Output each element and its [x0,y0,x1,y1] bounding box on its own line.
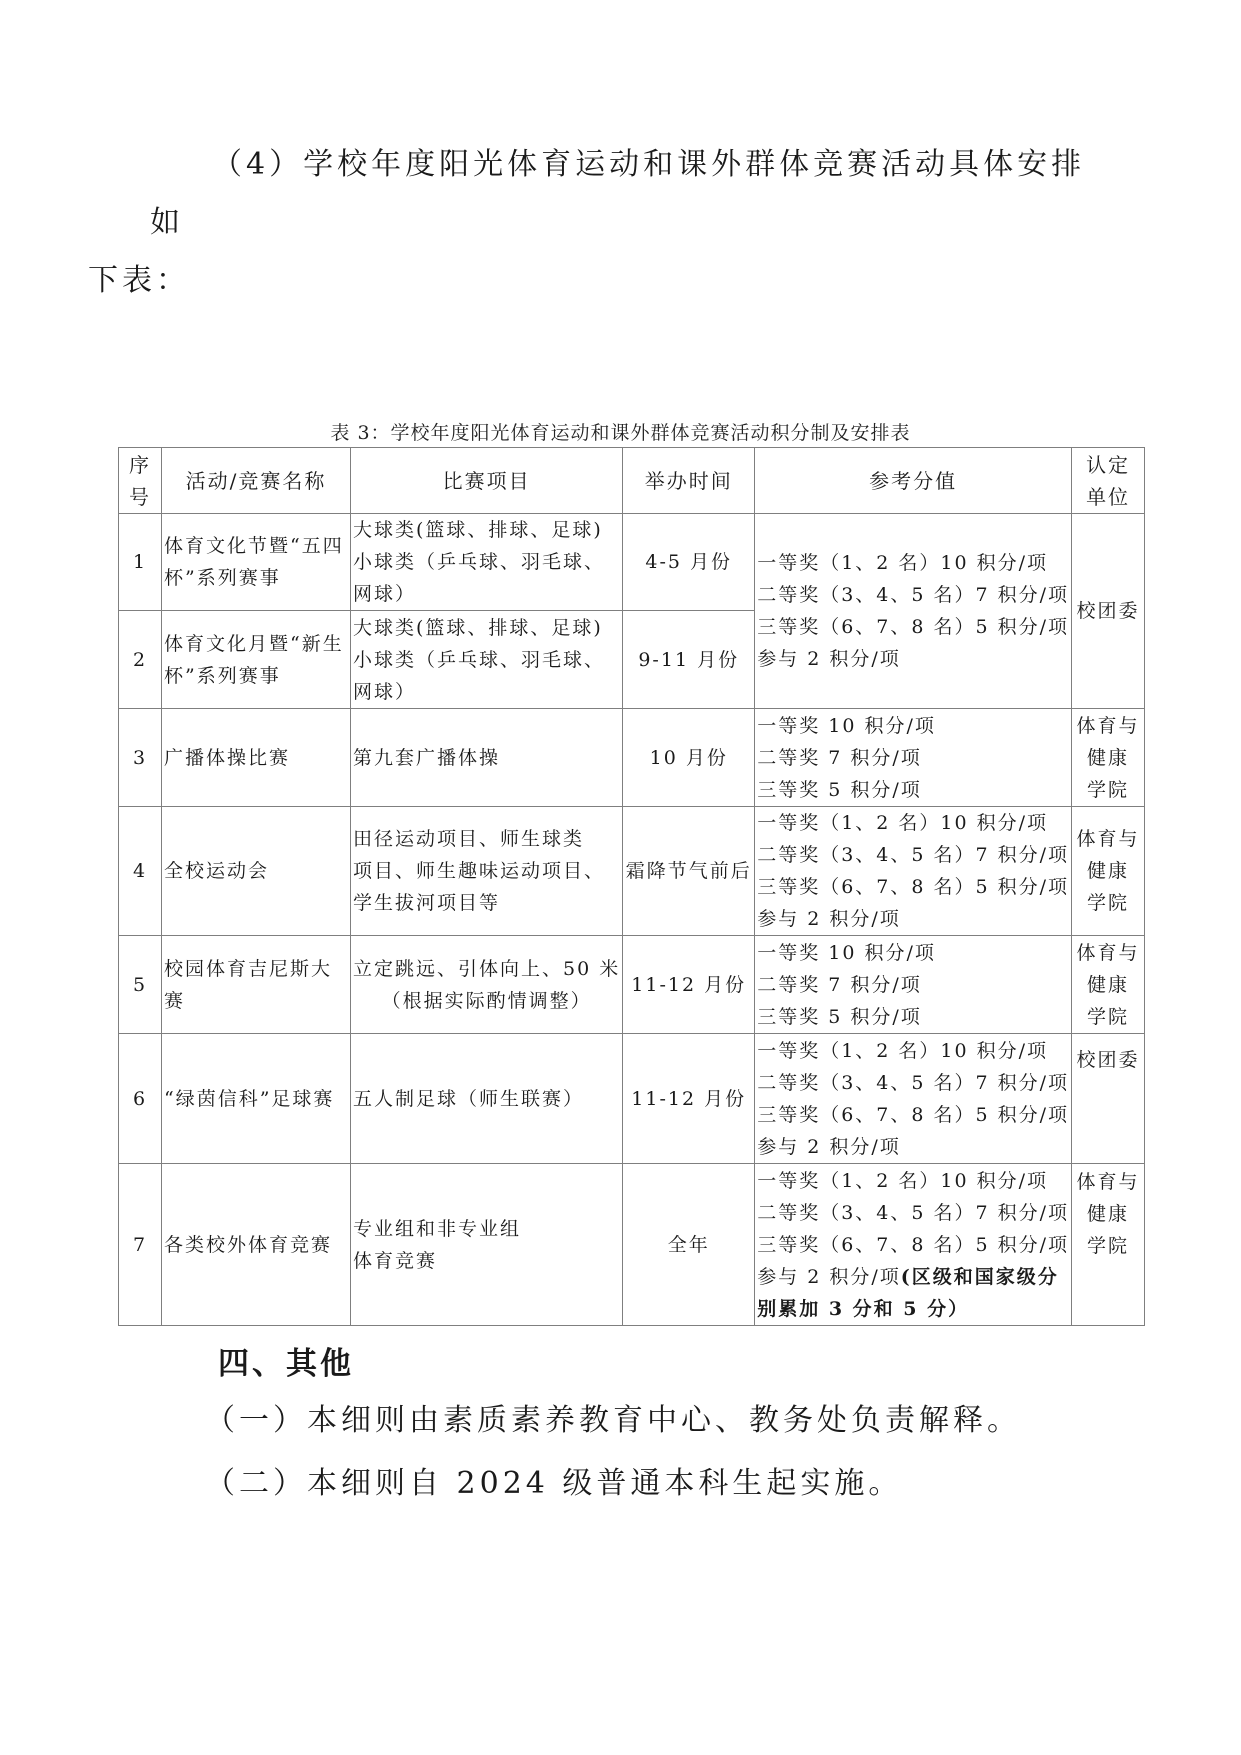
cell-score: 一等奖 10 积分/项 二等奖 7 积分/项 三等奖 5 积分/项 [755,709,1072,807]
cell-line: 二等奖（3、4、5 名）7 积分/项 [757,579,1069,611]
cell-line: 一等奖（1、2 名）10 积分/项 [757,807,1069,839]
cell-line: 杯”系列赛事 [164,660,348,692]
cell-time: 10 月份 [623,709,755,807]
cell-items: 立定跳远、引体向上、50 米 （根据实际酌情调整） [351,936,623,1034]
cell-unit: 体育与 健康 学院 [1072,936,1145,1034]
cell-name: 全校运动会 [162,807,351,936]
cell-line: 一等奖（1、2 名）10 积分/项 [757,1165,1069,1197]
schedule-table: 序 号 活动/竞赛名称 比赛项目 举办时间 参考分值 认定 单位 1 体育文化节… [118,447,1145,1326]
cell-line: 三等奖（6、7、8 名）5 积分/项 [757,871,1069,903]
cell-line: 田径运动项目、师生球类 [353,823,620,855]
cell-line: 参与 2 积分/项 [757,1131,1069,1163]
cell-line: 学院 [1074,1230,1142,1262]
cell-items: 田径运动项目、师生球类 项目、师生趣味运动项目、 学生拔河项目等 [351,807,623,936]
cell-line: 立定跳远、引体向上、50 米 [353,953,620,985]
intro-line-1: （4）学校年度阳光体育运动和课外群体竞赛活动具体安排如 [150,147,1085,240]
section-item: （二）本细则自 2024 级普通本科生起实施。 [205,1458,902,1502]
cell-items: 五人制足球（师生联赛） [351,1034,623,1164]
cell-time: 全年 [623,1164,755,1326]
cell-line: 学院 [1074,1001,1142,1033]
cell-line: 健康 [1074,742,1142,774]
cell-time: 4-5 月份 [623,514,755,611]
intro-line-2: 下表： [88,263,190,298]
cell-line: 三等奖 5 积分/项 [757,774,1069,806]
cell-line: 二等奖（3、4、5 名）7 积分/项 [757,839,1069,871]
cell-line: 健康 [1074,855,1142,887]
cell-line: 一等奖（1、2 名）10 积分/项 [757,1035,1069,1067]
header-num: 序 号 [119,448,162,514]
cell-num: 2 [119,611,162,709]
cell-line: 小球类（乒乓球、羽毛球、 [353,546,620,578]
header-unit-line: 单位 [1074,481,1142,513]
cell-unit: 体育与 健康 学院 [1072,1164,1145,1326]
header-num-line: 号 [121,481,159,513]
cell-line: 大球类(篮球、排球、足球) [353,612,620,644]
header-score: 参考分值 [755,448,1072,514]
cell-name: “绿茵信科”足球赛 [162,1034,351,1164]
header-items: 比赛项目 [351,448,623,514]
cell-num: 4 [119,807,162,936]
cell-num: 7 [119,1164,162,1326]
cell-num: 1 [119,514,162,611]
cell-line: 学院 [1074,774,1142,806]
cell-time: 霜降节气前后 [623,807,755,936]
cell-score: 一等奖（1、2 名）10 积分/项 二等奖（3、4、5 名）7 积分/项 三等奖… [755,1034,1072,1164]
cell-line: 体育与 [1074,1166,1142,1198]
score-text: 参与 2 积分/项 [757,1266,901,1288]
cell-line: 杯”系列赛事 [164,562,348,594]
section-heading: 四、其他 [218,1338,354,1383]
cell-unit: 体育与 健康 学院 [1072,807,1145,936]
cell-line: 参与 2 积分/项 [757,903,1069,935]
cell-items: 大球类(篮球、排球、足球) 小球类（乒乓球、羽毛球、 网球） [351,611,623,709]
intro-paragraph: （4）学校年度阳光体育运动和课外群体竞赛活动具体安排如 下表： [150,136,1090,310]
table-header-row: 序 号 活动/竞赛名称 比赛项目 举办时间 参考分值 认定 单位 [119,448,1145,514]
cell-line: 参与 2 积分/项 [757,643,1069,675]
cell-line: 体育与 [1074,937,1142,969]
cell-line: 体育与 [1074,823,1142,855]
cell-items: 专业组和非专业组 体育竞赛 [351,1164,623,1326]
bonus-note: 别累加 3 分和 5 分） [757,1293,1069,1325]
table-row: 6 “绿茵信科”足球赛 五人制足球（师生联赛） 11-12 月份 一等奖（1、2… [119,1034,1145,1164]
table-caption: 表 3：学校年度阳光体育运动和课外群体竞赛活动积分制及安排表 [0,418,1241,445]
table-row: 7 各类校外体育竞赛 专业组和非专业组 体育竞赛 全年 一等奖（1、2 名）10… [119,1164,1145,1326]
cell-line: 三等奖（6、7、8 名）5 积分/项 [757,611,1069,643]
cell-name: 校园体育吉尼斯大 赛 [162,936,351,1034]
cell-score-shared: 一等奖（1、2 名）10 积分/项 二等奖（3、4、5 名）7 积分/项 三等奖… [755,514,1072,709]
cell-line: （根据实际酌情调整） [353,985,620,1017]
cell-line: 三等奖（6、7、8 名）5 积分/项 [757,1099,1069,1131]
table-row: 4 全校运动会 田径运动项目、师生球类 项目、师生趣味运动项目、 学生拔河项目等… [119,807,1145,936]
cell-line: 学院 [1074,887,1142,919]
cell-line: 三等奖（6、7、8 名）5 积分/项 [757,1229,1069,1261]
cell-line: 网球） [353,578,620,610]
header-time: 举办时间 [623,448,755,514]
cell-line: 二等奖（3、4、5 名）7 积分/项 [757,1197,1069,1229]
cell-line: 二等奖（3、4、5 名）7 积分/项 [757,1067,1069,1099]
cell-line: 体育文化月暨“新生 [164,628,348,660]
cell-score: 一等奖 10 积分/项 二等奖 7 积分/项 三等奖 5 积分/项 [755,936,1072,1034]
header-name: 活动/竞赛名称 [162,448,351,514]
cell-line: 小球类（乒乓球、羽毛球、 [353,644,620,676]
cell-name: 体育文化月暨“新生 杯”系列赛事 [162,611,351,709]
table-row: 3 广播体操比赛 第九套广播体操 10 月份 一等奖 10 积分/项 二等奖 7… [119,709,1145,807]
cell-line: 健康 [1074,969,1142,1001]
cell-unit-shared: 校团委 [1072,514,1145,709]
cell-score: 一等奖（1、2 名）10 积分/项 二等奖（3、4、5 名）7 积分/项 三等奖… [755,807,1072,936]
cell-line: 专业组和非专业组 [353,1213,620,1245]
bonus-note: (区级和国家级分 [901,1266,1059,1288]
cell-items: 大球类(篮球、排球、足球) 小球类（乒乓球、羽毛球、 网球） [351,514,623,611]
cell-line: 学生拔河项目等 [353,887,620,919]
cell-time: 9-11 月份 [623,611,755,709]
cell-line: 二等奖 7 积分/项 [757,969,1069,1001]
cell-line: 赛 [164,985,348,1017]
cell-line: 体育文化节暨“五四 [164,530,348,562]
cell-num: 3 [119,709,162,807]
header-unit: 认定 单位 [1072,448,1145,514]
cell-name: 广播体操比赛 [162,709,351,807]
cell-line: 大球类(篮球、排球、足球) [353,514,620,546]
header-num-line: 序 [121,449,159,481]
table-row: 5 校园体育吉尼斯大 赛 立定跳远、引体向上、50 米 （根据实际酌情调整） 1… [119,936,1145,1034]
cell-score: 一等奖（1、2 名）10 积分/项 二等奖（3、4、5 名）7 积分/项 三等奖… [755,1164,1072,1326]
cell-line: 二等奖 7 积分/项 [757,742,1069,774]
section-item: （一）本细则由素质素养教育中心、教务处负责解释。 [205,1395,1021,1439]
cell-name: 各类校外体育竞赛 [162,1164,351,1326]
cell-line: 一等奖（1、2 名）10 积分/项 [757,547,1069,579]
cell-line: 校园体育吉尼斯大 [164,953,348,985]
cell-num: 6 [119,1034,162,1164]
cell-line: 三等奖 5 积分/项 [757,1001,1069,1033]
cell-name: 体育文化节暨“五四 杯”系列赛事 [162,514,351,611]
cell-num: 5 [119,936,162,1034]
cell-items: 第九套广播体操 [351,709,623,807]
table-row: 1 体育文化节暨“五四 杯”系列赛事 大球类(篮球、排球、足球) 小球类（乒乓球… [119,514,1145,611]
cell-line: 参与 2 积分/项(区级和国家级分 [757,1261,1069,1293]
cell-time: 11-12 月份 [623,1034,755,1164]
cell-line: 项目、师生趣味运动项目、 [353,855,620,887]
cell-line: 一等奖 10 积分/项 [757,937,1069,969]
cell-line: 网球） [353,676,620,708]
cell-time: 11-12 月份 [623,936,755,1034]
cell-line: 体育竞赛 [353,1245,620,1277]
cell-unit: 体育与 健康 学院 [1072,709,1145,807]
cell-line: 体育与 [1074,710,1142,742]
header-unit-line: 认定 [1074,449,1142,481]
cell-unit: 校团委 [1072,1034,1145,1164]
cell-line: 健康 [1074,1198,1142,1230]
cell-line: 一等奖 10 积分/项 [757,710,1069,742]
